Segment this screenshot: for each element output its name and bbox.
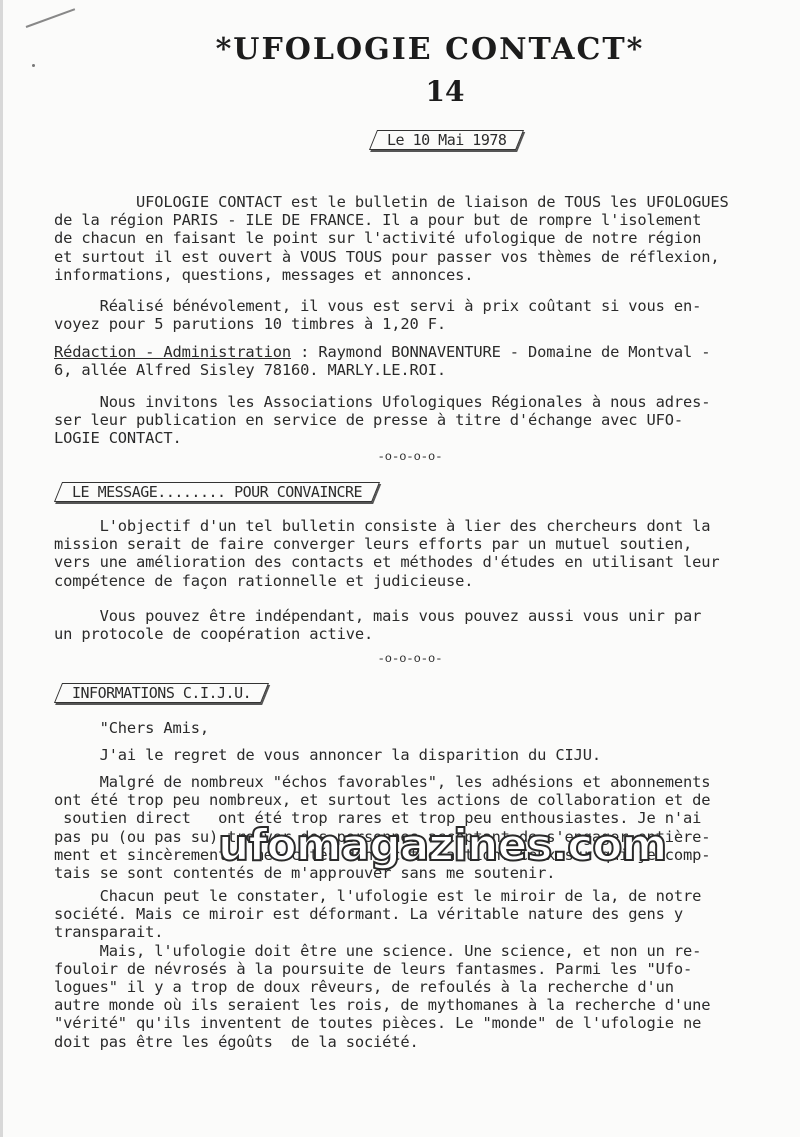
- date-text: Le 10 Mai 1978: [387, 131, 506, 149]
- address-block: Rédaction - Administration : Raymond BON…: [54, 343, 794, 379]
- intro-paragraph-3: Nous invitons les Associations Ufologiqu…: [54, 393, 794, 448]
- message-paragraph-2: Vous pouvez être indépendant, mais vous …: [54, 607, 794, 643]
- bulletin-title: *UFOLOGIE CONTACT*: [0, 32, 800, 67]
- watermark: ufomagazines.com: [218, 820, 666, 871]
- pen-mark: [26, 8, 76, 28]
- letter-paragraph-1: J'ai le regret de vous annoncer la dispa…: [54, 746, 794, 764]
- document-page: *UFOLOGIE CONTACT* 14 Le 10 Mai 1978 UFO…: [0, 0, 800, 1137]
- page-edge: [0, 0, 3, 1137]
- section-heading-message-text: LE MESSAGE........ POUR CONVAINCRE: [72, 483, 362, 501]
- intro-paragraph-1: UFOLOGIE CONTACT est le bulletin de liai…: [54, 193, 794, 284]
- separator: -o-o-o-o-: [0, 652, 800, 666]
- letter-paragraph-3: Chacun peut le constater, l'ufologie est…: [54, 887, 794, 1051]
- separator: -o-o-o-o-: [0, 450, 800, 464]
- issue-number: 14: [0, 75, 800, 108]
- message-paragraph-1: L'objectif d'un tel bulletin consiste à …: [54, 517, 794, 590]
- intro-paragraph-2: Réalisé bénévolement, il vous est servi …: [54, 297, 794, 333]
- section-heading-message: LE MESSAGE........ POUR CONVAINCRE: [58, 482, 376, 502]
- letter-greeting: "Chers Amis,: [54, 719, 794, 737]
- section-heading-info: INFORMATIONS C.I.J.U.: [58, 683, 265, 703]
- section-heading-info-text: INFORMATIONS C.I.J.U.: [72, 684, 251, 702]
- address-label: Rédaction - Administration: [54, 343, 291, 361]
- date-label: Le 10 Mai 1978: [373, 130, 520, 150]
